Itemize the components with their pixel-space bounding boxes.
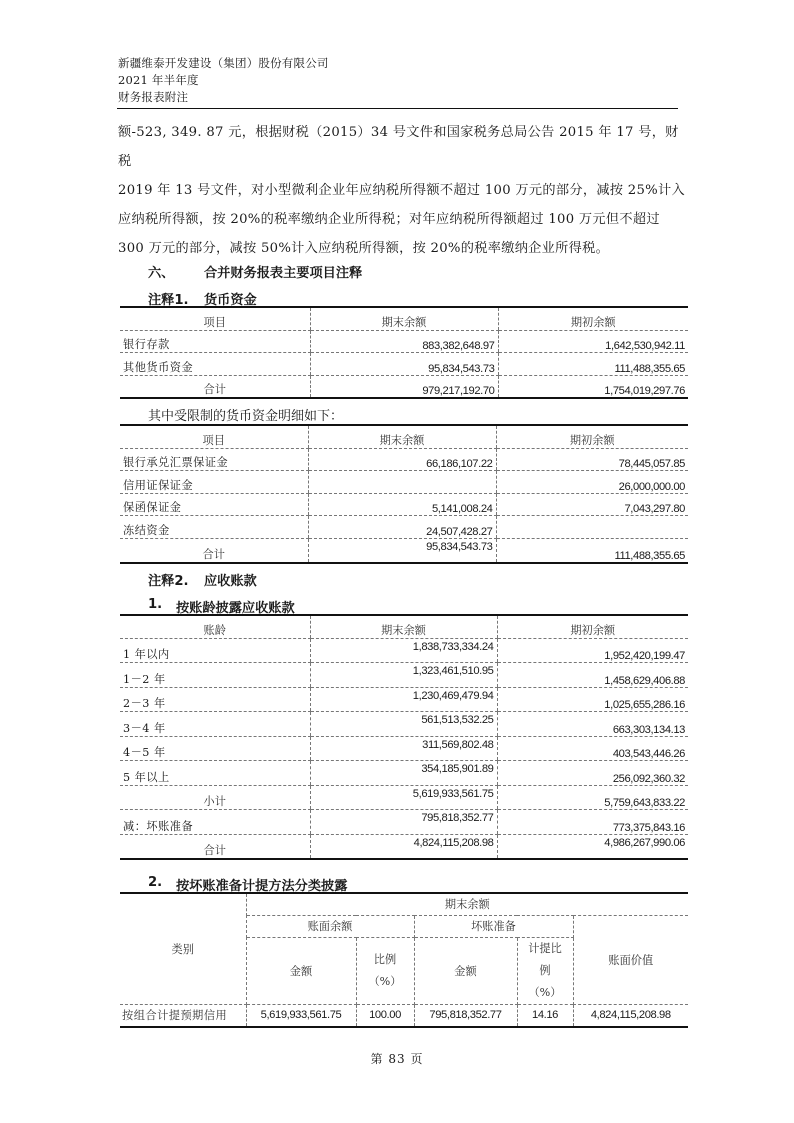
beginning-balance: 4,986,267,990.06 xyxy=(497,834,688,859)
ending-balance: 4,824,115,208.98 xyxy=(310,834,497,859)
table-row: 银行存款 883,382,648.97 1,642,530,942.11 xyxy=(120,330,688,353)
category-header: 类别 xyxy=(120,893,246,1004)
table-header-row: 项目 期末余额 期初余额 xyxy=(120,425,688,448)
table-row: 减：坏账准备 795,818,352.77 773,375,843.16 xyxy=(120,810,688,835)
ending-balance: 1,323,461,510.95 xyxy=(310,663,497,688)
amount-header: 金额 xyxy=(246,937,356,1004)
restricted-funds-table: 项目 期末余额 期初余额 银行承兑汇票保证金 66,186,107.22 78,… xyxy=(120,424,688,564)
provision-ratio-unit: （%） xyxy=(520,982,571,1004)
ending-balance: 795,818,352.77 xyxy=(310,810,497,835)
row-label: 1－2 年 xyxy=(120,663,310,688)
row-label: 合计 xyxy=(120,834,310,859)
intro-line: 2019 年 13 号文件，对小型微利企业年应纳税所得额不超过 100 万元的部… xyxy=(118,176,688,205)
row-label: 合计 xyxy=(120,538,308,563)
bad-debt-amount-cell: 795,818,352.77 xyxy=(414,1004,517,1027)
book-value-header: 账面价值 xyxy=(573,915,688,1004)
table-row: 信用证保证金 26,000,000.00 xyxy=(120,471,688,494)
row-label: 合计 xyxy=(120,375,310,398)
beginning-balance: 773,375,843.16 xyxy=(497,810,688,835)
total-row: 合计 4,824,115,208.98 4,986,267,990.06 xyxy=(120,834,688,859)
beginning-balance: 256,092,360.32 xyxy=(497,761,688,786)
beginning-balance: 5,759,643,833.22 xyxy=(497,785,688,810)
table-row: 2－3 年 1,230,469,479.94 1,025,655,286.16 xyxy=(120,687,688,712)
table-row: 5 年以上 354,185,901.89 256,092,360.32 xyxy=(120,761,688,786)
row-label: 其他货币资金 xyxy=(120,353,310,376)
row-label: 3－4 年 xyxy=(120,712,310,737)
row-label: 小计 xyxy=(120,785,310,810)
beginning-balance: 26,000,000.00 xyxy=(496,471,688,494)
beginning-balance: 111,488,355.65 xyxy=(496,538,688,563)
ending-balance: 1,230,469,479.94 xyxy=(310,687,497,712)
total-row: 合计 95,834,543.73 111,488,355.65 xyxy=(120,538,688,563)
ending-balance: 24,507,428.27 xyxy=(308,516,496,539)
section-number: 六、 xyxy=(148,262,174,281)
ending-balance: 95,834,543.73 xyxy=(308,538,496,563)
row-label: 冻结资金 xyxy=(120,516,308,539)
note2-title: 应收账款 xyxy=(204,570,257,589)
beginning-balance: 1,754,019,297.76 xyxy=(498,375,688,398)
row-label: 保函保证金 xyxy=(120,493,308,516)
beginning-balance: 1,025,655,286.16 xyxy=(497,687,688,712)
sub1-number: 1. xyxy=(148,597,162,612)
beginning-balance: 663,303,134.13 xyxy=(497,712,688,737)
table-row: 4－5 年 311,569,802.48 403,543,446.26 xyxy=(120,736,688,761)
provision-ratio-header: 计提比 例 （%） xyxy=(517,937,573,1004)
row-label: 银行存款 xyxy=(120,330,310,353)
column-header: 期末余额 xyxy=(310,615,497,638)
column-header: 期初余额 xyxy=(496,425,688,448)
table-row: 1 年以内 1,838,733,334.24 1,952,420,199.47 xyxy=(120,638,688,663)
column-header: 期末余额 xyxy=(308,425,496,448)
column-header: 期初余额 xyxy=(498,307,688,330)
ratio-unit: （%） xyxy=(359,971,412,993)
ratio-label: 比例 xyxy=(359,949,412,971)
ratio-cell: 100.00 xyxy=(356,1004,414,1027)
bad-debt-header: 坏账准备 xyxy=(414,915,573,937)
sub2-number: 2. xyxy=(148,875,162,890)
table-header-row: 类别 期末余额 xyxy=(120,893,688,915)
cash-funds-table: 项目 期末余额 期初余额 银行存款 883,382,648.97 1,642,5… xyxy=(120,306,688,399)
book-balance-header: 账面余额 xyxy=(246,915,414,937)
table-row: 其他货币资金 95,834,543.73 111,488,355.65 xyxy=(120,353,688,376)
subtotal-row: 小计 5,619,933,561.75 5,759,643,833.22 xyxy=(120,785,688,810)
ratio-header: 比例 （%） xyxy=(356,937,414,1004)
column-header: 项目 xyxy=(120,307,310,330)
intro-line: 300 万元的部分，减按 50%计入应纳税所得额，按 20%的税率缴纳企业所得税… xyxy=(118,234,688,263)
bad-debt-classification-table: 类别 期末余额 账面余额 坏账准备 账面价值 金额 比例 （%） 金额 计提比 … xyxy=(120,892,688,1028)
beginning-balance: 111,488,355.65 xyxy=(498,353,688,376)
ending-balance: 354,185,901.89 xyxy=(310,761,497,786)
company-name: 新疆维泰开发建设（集团）股份有限公司 xyxy=(118,55,329,72)
beginning-balance: 7,043,297.80 xyxy=(496,493,688,516)
row-label: 5 年以上 xyxy=(120,761,310,786)
restricted-funds-intro: 其中受限制的货币资金明细如下： xyxy=(148,405,343,424)
provision-ratio-label: 计提比 xyxy=(520,938,571,960)
ending-balance: 5,141,008.24 xyxy=(308,493,496,516)
ending-balance: 1,838,733,334.24 xyxy=(310,638,497,663)
amount-cell: 5,619,933,561.75 xyxy=(246,1004,356,1027)
ending-balance: 311,569,802.48 xyxy=(310,736,497,761)
ending-balance xyxy=(308,471,496,494)
table-header-row: 项目 期末余额 期初余额 xyxy=(120,307,688,330)
intro-line: 应纳税所得额，按 20%的税率缴纳企业所得税；对年应纳税所得额超过 100 万元… xyxy=(118,205,688,234)
table-row: 银行承兑汇票保证金 66,186,107.22 78,445,057.85 xyxy=(120,448,688,471)
row-label: 信用证保证金 xyxy=(120,471,308,494)
header-divider xyxy=(117,108,678,109)
column-header: 项目 xyxy=(120,425,308,448)
beginning-balance: 1,642,530,942.11 xyxy=(498,330,688,353)
table-row: 1－2 年 1,323,461,510.95 1,458,629,406.88 xyxy=(120,663,688,688)
column-header: 期末余额 xyxy=(310,307,498,330)
table-row: 冻结资金 24,507,428.27 xyxy=(120,516,688,539)
receivables-aging-table: 账龄 期末余额 期初余额 1 年以内 1,838,733,334.24 1,95… xyxy=(120,614,688,860)
row-label: 减：坏账准备 xyxy=(120,810,310,835)
period-end-header: 期末余额 xyxy=(246,893,688,915)
ending-balance: 95,834,543.73 xyxy=(310,353,498,376)
section-title: 合并财务报表主要项目注释 xyxy=(204,262,362,281)
row-label: 4－5 年 xyxy=(120,736,310,761)
category-cell: 按组合计提预期信用 xyxy=(120,1004,246,1027)
beginning-balance: 403,543,446.26 xyxy=(497,736,688,761)
column-header: 账龄 xyxy=(120,615,310,638)
ending-balance: 979,217,192.70 xyxy=(310,375,498,398)
total-row: 合计 979,217,192.70 1,754,019,297.76 xyxy=(120,375,688,398)
intro-line: 额-523, 349. 87 元，根据财税（2015）34 号文件和国家税务总局… xyxy=(118,118,688,176)
beginning-balance: 1,458,629,406.88 xyxy=(497,663,688,688)
intro-paragraph: 额-523, 349. 87 元，根据财税（2015）34 号文件和国家税务总局… xyxy=(118,118,688,263)
note2-number: 注释2. xyxy=(148,570,189,589)
beginning-balance: 78,445,057.85 xyxy=(496,448,688,471)
row-label: 银行承兑汇票保证金 xyxy=(120,448,308,471)
row-label: 1 年以内 xyxy=(120,638,310,663)
beginning-balance: 1,952,420,199.47 xyxy=(497,638,688,663)
document-type: 财务报表附注 xyxy=(118,89,188,106)
bad-debt-amount-header: 金额 xyxy=(414,937,517,1004)
table-row: 3－4 年 561,513,532.25 663,303,134.13 xyxy=(120,712,688,737)
row-label: 2－3 年 xyxy=(120,687,310,712)
provision-ratio-cell: 14.16 xyxy=(517,1004,573,1027)
book-value-cell: 4,824,115,208.98 xyxy=(573,1004,688,1027)
report-period: 2021 年半年度 xyxy=(118,72,199,89)
ending-balance: 883,382,648.97 xyxy=(310,330,498,353)
page-number: 第 83 页 xyxy=(0,1050,794,1067)
provision-ratio-label-cont: 例 xyxy=(520,960,571,982)
beginning-balance xyxy=(496,516,688,539)
ending-balance: 561,513,532.25 xyxy=(310,712,497,737)
table-row: 保函保证金 5,141,008.24 7,043,297.80 xyxy=(120,493,688,516)
ending-balance: 5,619,933,561.75 xyxy=(310,785,497,810)
ending-balance: 66,186,107.22 xyxy=(308,448,496,471)
table-row: 按组合计提预期信用 5,619,933,561.75 100.00 795,81… xyxy=(120,1004,688,1027)
column-header: 期初余额 xyxy=(497,615,688,638)
table-header-row: 账龄 期末余额 期初余额 xyxy=(120,615,688,638)
